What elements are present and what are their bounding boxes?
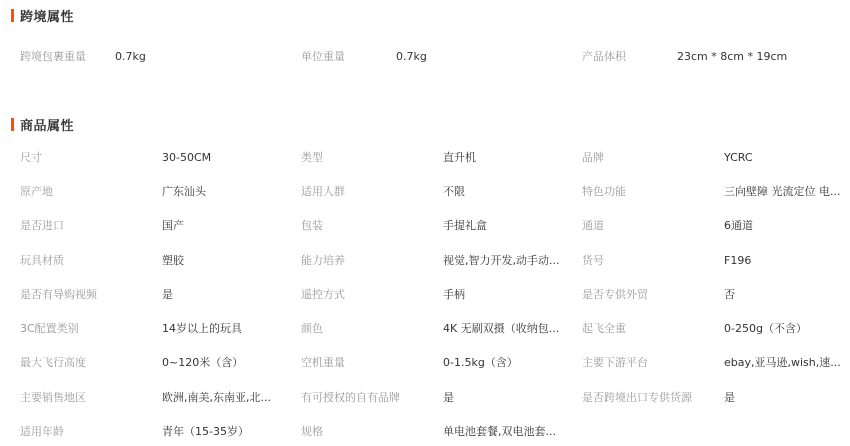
- attr-label: 跨境包裹重量: [20, 50, 86, 64]
- attr-value: 三向壁障 光流定位 电...: [724, 185, 840, 199]
- attr-label: 3C配置类别: [20, 322, 79, 336]
- attr-label: 是否进口: [20, 219, 64, 233]
- accent-bar: [11, 9, 14, 22]
- attr-value: F196: [724, 254, 751, 268]
- attr-label: 特色功能: [582, 185, 626, 199]
- attr-value: 0~120米（含）: [162, 356, 243, 370]
- attr-label: 能力培养: [301, 254, 345, 268]
- attr-value: 广东汕头: [162, 185, 206, 199]
- attr-label: 是否跨境出口专供货源: [582, 391, 692, 405]
- attr-label: 玩具材质: [20, 254, 64, 268]
- attr-value: 单电池套餐,双电池套...: [443, 425, 556, 439]
- attr-label: 尺寸: [20, 151, 42, 165]
- attr-label: 最大飞行高度: [20, 356, 86, 370]
- attr-value: 是: [162, 288, 173, 302]
- section-title: 商品属性: [20, 115, 74, 134]
- attr-value: 0.7kg: [115, 50, 146, 64]
- attr-value: 23cm * 8cm * 19cm: [677, 50, 787, 64]
- attr-value: 手提礼盒: [443, 219, 487, 233]
- attr-value: 0-250g（不含）: [724, 322, 807, 336]
- attr-value: YCRC: [724, 151, 753, 165]
- attr-value: 否: [724, 288, 735, 302]
- attr-label: 货号: [582, 254, 604, 268]
- attr-label: 原产地: [20, 185, 53, 199]
- attr-label: 包装: [301, 219, 323, 233]
- attr-label: 有可授权的自有品牌: [301, 391, 400, 405]
- attr-value: 14岁以上的玩具: [162, 322, 242, 336]
- attr-label: 遥控方式: [301, 288, 345, 302]
- attr-label: 主要销售地区: [20, 391, 86, 405]
- attr-label: 单位重量: [301, 50, 345, 64]
- attr-label: 适用人群: [301, 185, 345, 199]
- section-header-cross-border: 跨境属性: [11, 7, 74, 23]
- attr-label: 是否专供外贸: [582, 288, 648, 302]
- attr-value: 不限: [443, 185, 465, 199]
- accent-bar: [11, 118, 14, 131]
- attr-label: 颜色: [301, 322, 323, 336]
- attr-value: 6通道: [724, 219, 753, 233]
- section-header-product: 商品属性: [11, 116, 74, 132]
- attr-label: 起飞全重: [582, 322, 626, 336]
- attr-value: ebay,亚马逊,wish,速...: [724, 356, 841, 370]
- section-title: 跨境属性: [20, 6, 74, 25]
- attr-label: 产品体积: [582, 50, 626, 64]
- attr-value: 视觉,智力开发,动手动...: [443, 254, 559, 268]
- attr-value: 直升机: [443, 151, 476, 165]
- attr-label: 规格: [301, 425, 323, 439]
- attr-value: 欧洲,南美,东南亚,北...: [162, 391, 271, 405]
- attr-value: 国产: [162, 219, 184, 233]
- attr-value: 30-50CM: [162, 151, 211, 165]
- attr-label: 品牌: [582, 151, 604, 165]
- attr-label: 适用年龄: [20, 425, 64, 439]
- attr-label: 通道: [582, 219, 604, 233]
- attr-value: 4K 无刷双摄（收纳包...: [443, 322, 559, 336]
- attr-value: 塑胶: [162, 254, 184, 268]
- attr-label: 空机重量: [301, 356, 345, 370]
- attr-label: 是否有导购视频: [20, 288, 97, 302]
- attr-value: 是: [443, 391, 454, 405]
- attr-value: 0-1.5kg（含）: [443, 356, 518, 370]
- attr-label: 类型: [301, 151, 323, 165]
- attr-label: 主要下游平台: [582, 356, 648, 370]
- attr-value: 手柄: [443, 288, 465, 302]
- attr-value: 是: [724, 391, 735, 405]
- attr-value: 青年（15-35岁）: [162, 425, 249, 439]
- attr-value: 0.7kg: [396, 50, 427, 64]
